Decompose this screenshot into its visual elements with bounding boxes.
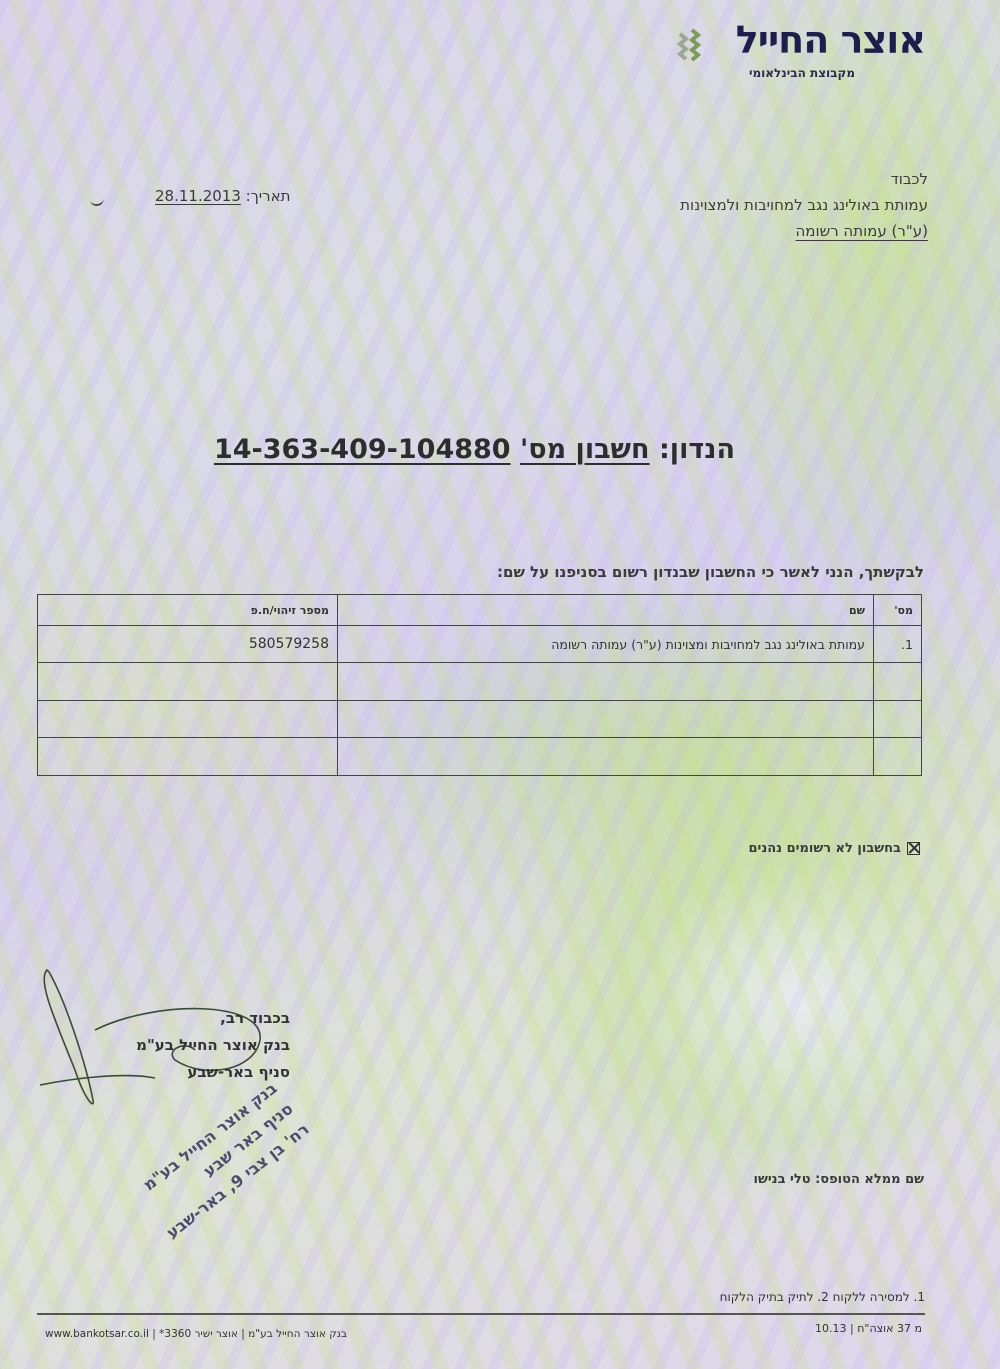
table-row xyxy=(38,700,922,738)
row-name xyxy=(338,700,874,738)
header-id: מספר זיהוי/ח.פ xyxy=(38,595,338,626)
form-filler-name: שם ממלא הטופס: טלי בנישו xyxy=(754,1172,924,1187)
table-row xyxy=(38,738,922,776)
footer-divider xyxy=(37,1313,925,1315)
intro-text: לבקשתך, הנני לאשר כי החשבון שבנדון רשום … xyxy=(497,563,924,581)
signature-branch: סניף באר-שבע xyxy=(40,1059,290,1086)
subject-line: הנדון: חשבון מס' 14-363-409-104880 xyxy=(235,434,735,465)
row-id xyxy=(38,738,338,776)
distribution-note: 1. למסירה ללקוח 2. לתיק בתיק הלקוח xyxy=(720,1290,925,1304)
closing: בכבוד רב, xyxy=(40,1005,290,1032)
row-name xyxy=(338,738,874,776)
date-label: תאריך: xyxy=(246,187,291,205)
row-id xyxy=(38,663,338,701)
no-beneficiaries-label: בחשבון לא רשומים נהנים xyxy=(748,841,901,856)
row-num: 1. xyxy=(874,626,922,663)
row-num xyxy=(874,738,922,776)
checked-box-icon xyxy=(907,842,920,855)
row-num xyxy=(874,700,922,738)
bank-name: אוצר החייל xyxy=(736,18,925,62)
footer-contact: בנק אוצר החייל בע"מ | אוצר ישיר 3360* | … xyxy=(45,1328,347,1340)
addressee-org-type: (ע"ר) עמותה רשומה xyxy=(608,218,928,244)
date-row: תאריך: 28.11.2013 xyxy=(155,187,291,205)
subject-label: חשבון מס' xyxy=(520,434,650,465)
bank-logo: אוצר החייל מקבוצת הבינלאומי xyxy=(655,18,925,88)
bank-logo-mark-icon xyxy=(670,26,710,66)
account-number: 14-363-409-104880 xyxy=(214,434,511,465)
salutation: לכבוד xyxy=(608,166,928,192)
row-name: עמותת באולינג נגב למחויבות ומצוינות (ע"ר… xyxy=(338,626,874,663)
header-name: שם xyxy=(338,595,874,626)
date-value: 28.11.2013 xyxy=(155,187,241,205)
table-row xyxy=(38,663,922,701)
footer-bank-legal: בנק אוצר החייל בע"מ xyxy=(248,1328,347,1340)
form-code: מ 37 אוצה"ח | 10.13 xyxy=(815,1322,922,1335)
table-header-row: מס' שם מספר זיהוי/ח.פ xyxy=(38,595,922,626)
addressee-org-name: עמותת באולינג נגב למחויבות ולמצוינות xyxy=(608,192,928,218)
signature-bank: בנק אוצר החייל בע"מ xyxy=(40,1032,290,1059)
row-id xyxy=(38,700,338,738)
footer-website[interactable]: www.bankotsar.co.il xyxy=(45,1328,149,1340)
header-num: מס' xyxy=(874,595,922,626)
pen-mark-icon xyxy=(89,195,104,207)
row-id: 580579258 xyxy=(38,626,338,663)
footer-phone: אוצר ישיר 3360* xyxy=(159,1328,238,1340)
signature-block: בכבוד רב, בנק אוצר החייל בע"מ סניף באר-ש… xyxy=(40,1005,290,1086)
row-num xyxy=(874,663,922,701)
stamp-line-2: סניף באר שבע xyxy=(86,1097,299,1271)
no-beneficiaries-note: בחשבון לא רשומים נהנים xyxy=(748,841,920,856)
subject-prefix: הנדון: xyxy=(659,434,735,465)
row-name xyxy=(338,663,874,701)
table-row: 1. עמותת באולינג נגב למחויבות ומצוינות (… xyxy=(38,626,922,663)
account-holders-table: מס' שם מספר זיהוי/ח.פ 1. עמותת באולינג נ… xyxy=(37,594,922,776)
bank-tagline: מקבוצת הבינלאומי xyxy=(749,66,855,80)
addressee-block: לכבוד עמותת באולינג נגב למחויבות ולמצוינ… xyxy=(608,166,928,244)
